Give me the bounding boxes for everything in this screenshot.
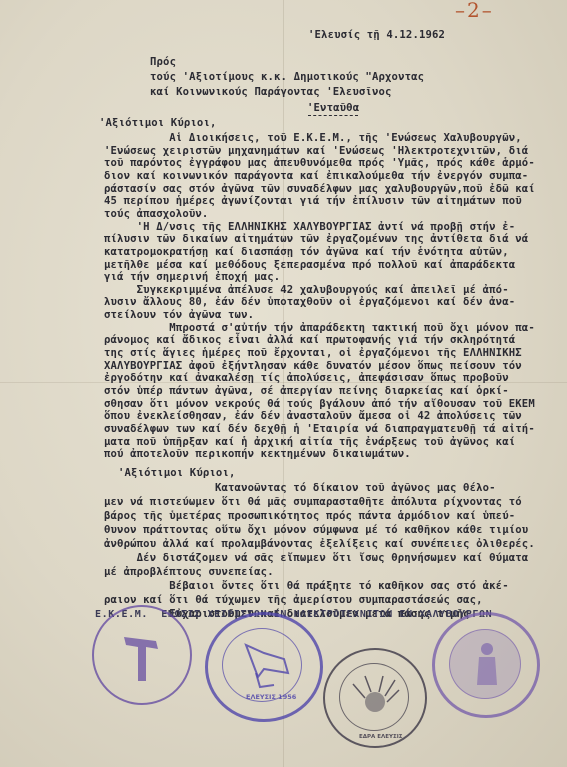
text-line: 'Η Δ/νσις τῆς ΕΛΛΗΝΙΚΗΣ ΧΑΛΥΒΟΥΡΓΙΑΣ ἀντ… — [104, 221, 515, 233]
worker-figure-icon — [435, 615, 537, 715]
stamp-electricians-union: ΕΔΡΑ ΕΛΕΥΣΙΣ — [323, 648, 427, 748]
text-line: Συγκεκριμμένα ἀπέλυσε 42 χαλυβουργούς κα… — [104, 284, 509, 296]
text-line: μετῆλθε μέσα καί μεθόδους ξεπερασμένα πρ… — [104, 259, 515, 271]
text-line: μέ ἀπροβλέπτους συνεπείας. — [104, 566, 274, 578]
text-line: ἐργοδότην καί ἀνακαλέσῃ τίς ἀπολύσεις, ἀ… — [104, 372, 509, 384]
recipient-line-1: τούς 'Αξιοτίμους κ.κ. Δημοτικούς "Αρχοντ… — [150, 71, 424, 83]
text-line: Κατανοῶντας τό δίκαιον τοῦ ἀγῶνος μας θέ… — [104, 482, 496, 494]
text-line: ραιον καί ὅτι θά τύχωμεν τῆς ἀμερίστου σ… — [104, 594, 483, 606]
text-line: κατατρομοκρατήσῃ καί διασπάσῃ τόν ἀγῶνα … — [104, 246, 509, 258]
text-line: τοῦ παρόντος ἐγγράφου μας ἀπευθυνόμεθα π… — [104, 157, 535, 169]
text-line: 'Ενώσεως χειριστῶν μηχανημάτων καί 'Ενώσ… — [104, 145, 528, 157]
text-line: πίλυσιν τῶν δικαίων αἰτημάτων τῶν ἐργαζο… — [104, 233, 528, 245]
page-number: –2– — [455, 0, 494, 22]
text-line: της στίς ἅγιες ἡμέρες ποῦ ἔρχονται, οἱ ἐ… — [104, 347, 522, 359]
lightning-fist-icon — [325, 650, 425, 746]
text-line: στόν ὑπέρ πάντων ἀγῶνα, σέ ἀπεργίαν πείν… — [104, 385, 509, 397]
text-line: θυνον πράττοντας οὕτω ὄχι μόνον σύμφωνα … — [104, 524, 528, 536]
text-line: Μπροστά σ'αὐτήν τήν ἀπαράδεκτη τακτική π… — [104, 322, 535, 334]
crane-hook-icon — [208, 615, 320, 719]
text-line: ματα ποῦ ὑπῆρξαν καί ἡ ἀρχική αἰτία τῆς … — [104, 436, 515, 448]
salutation-2: 'Αξιότιμοι Κύριοι, — [118, 467, 236, 479]
document-page: –2– 'Ελευσίς τῇ 4.12.1962 Πρός τούς 'Αξι… — [0, 0, 567, 767]
text-line: σθησαν ὅτι μόνον νεκρούς θά τούς βγάλουν… — [104, 398, 535, 410]
to-label: Πρός — [150, 56, 176, 68]
hammer-icon — [94, 607, 190, 703]
text-line: ὅπου ἐνεκλείσθησαν, ἐάν δέν ἀνασταλοῦν ἄ… — [104, 410, 522, 422]
location-underline — [308, 115, 358, 116]
text-line: συναδέλφων των καί δέν δεχθῇ ἡ 'Εταιρία … — [104, 423, 535, 435]
text-line: γιά τήν σημερινή ἐποχή μας. — [104, 271, 280, 283]
text-line: διον καί κοινωνικόν παράγοντα καί ἐπικαλ… — [104, 170, 528, 182]
text-line: μεν νά πιστεύωμεν ὅτι θά μᾶς συμπαρασταθ… — [104, 496, 522, 508]
stamp-ekem — [92, 605, 192, 705]
stamp-steelworkers-union — [432, 612, 540, 718]
text-line: στείλουν τόν ἀγῶνα των. — [104, 309, 254, 321]
place-date: 'Ελευσίς τῇ 4.12.1962 — [308, 29, 445, 41]
text-line: ράνομος καί ἄδικος εἶναι ἀλλά καί πρωτοφ… — [104, 334, 515, 346]
text-line: ΧΑΛΥΒΟΥΡΓΙΑΣ ἀφοῦ ἐξήντλησαν κάθε δυνατό… — [104, 360, 522, 372]
text-line: τούς ἀπασχολοῦν. — [104, 208, 208, 220]
text-line: λυσιν ἄλλους 80, ἐάν δέν ὑποταχθοῦν οἱ ἐ… — [104, 296, 515, 308]
text-line: βάρος τῆς ὑμετέρας προσωπικότητος πρός π… — [104, 510, 515, 522]
stamp-text: ΕΔΡΑ ΕΛΕΥΣΙΣ — [359, 734, 403, 740]
salutation-1: 'Αξιότιμοι Κύριοι, — [99, 117, 217, 129]
text-line: Βέβαιοι ὄντες ὅτι θά πράξητε τό καθῆκον … — [104, 580, 509, 592]
stamp-year: ΕΛΕΥΣΙΣ 1956 — [246, 693, 296, 701]
stamp-operators-union: ΕΛΕΥΣΙΣ 1956 — [205, 612, 323, 722]
recipient-line-2: καί Κοινωνικούς Παράγοντας 'Ελευσῖνος — [150, 86, 392, 98]
text-line: 45 περίπου ἡμέρες ἀγωνίζονται γιά τήν ἐπ… — [104, 195, 522, 207]
text-line: Δέν διστάζομεν νά σᾶς εἴπωμεν ὅτι ἴσως θ… — [104, 552, 528, 564]
text-line: ἀνθρώπου ἀλλά καί προλαμβάνοντας ἐξελίξε… — [104, 538, 535, 550]
text-line: πού ἀποτελοῦν περικοπήν κεκτημένων δικαι… — [104, 448, 411, 460]
text-line: Αἱ Διοικήσεις, τοῦ Ε.Κ.Ε.Μ., τῆς 'Ενώσεω… — [104, 132, 522, 144]
location: 'Ενταῦθα — [307, 102, 359, 114]
text-line: ράστασίν σας στόν ἀγῶνα τῶν συναδέλφων μ… — [104, 183, 535, 195]
